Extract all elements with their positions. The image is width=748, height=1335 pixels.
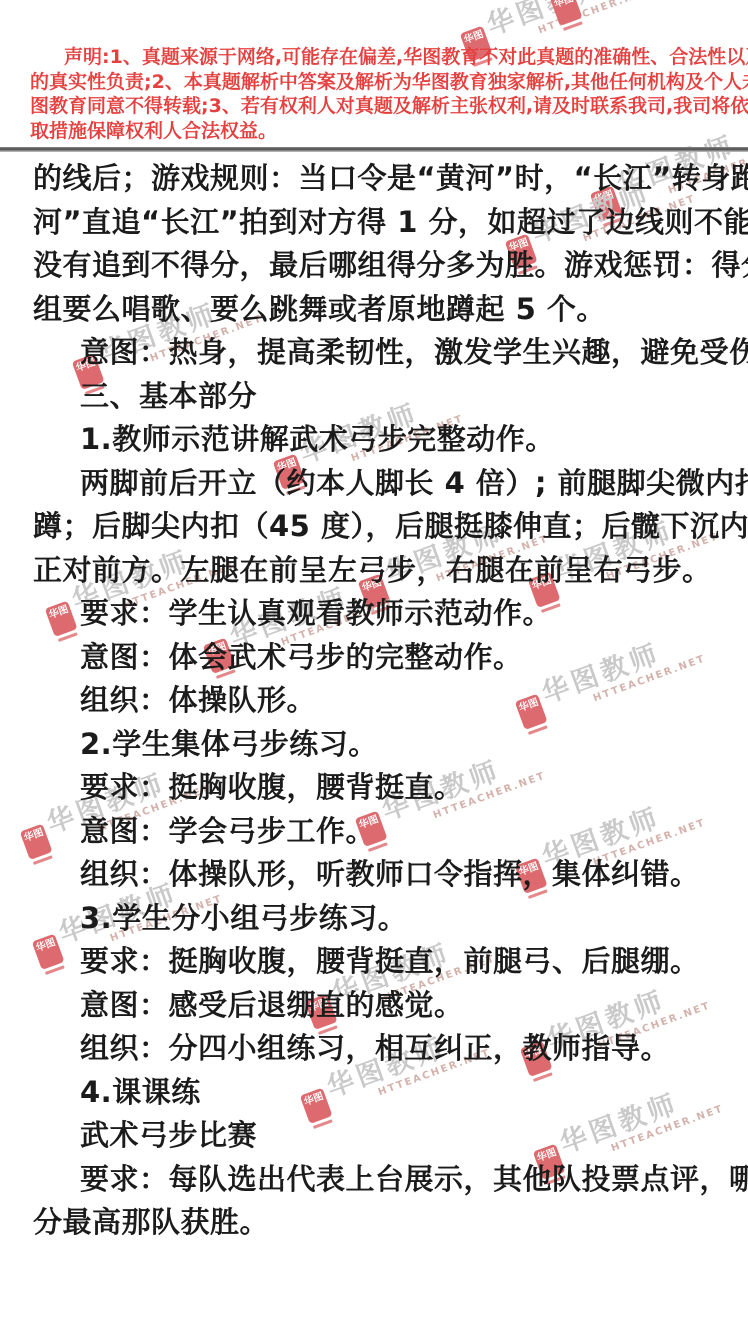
- body-line: 意图：学会弓步工作。: [33, 810, 714, 854]
- disclaimer-line: 声明:1、真题来源于网络,可能存在偏差,华图教育不对此真题的准确性、合法性以及内…: [30, 45, 718, 70]
- body-line: 组织：体操队形。: [33, 679, 714, 723]
- body-line: 4.课课练: [33, 1071, 714, 1115]
- body-line: 组织：体操队形，听教师口令指挥，集体纠错。: [33, 853, 714, 897]
- body-line: 意图：热身，提高柔韧性，激发学生兴趣，避免受伤。: [33, 331, 714, 375]
- disclaimer: 声明:1、真题来源于网络,可能存在偏差,华图教育不对此真题的准确性、合法性以及内…: [0, 0, 748, 143]
- disclaimer-text: 取措施保障权利人合法权益。: [30, 120, 277, 142]
- body-line: 2.学生集体弓步练习。: [33, 723, 714, 767]
- body-line: 正对前方。左腿在前呈左弓步，右腿在前呈右弓步。: [33, 549, 714, 593]
- disclaimer-text: 的真实性负责;2、本真题解析中答案及解析为华图教育独家解析,其他任何机构及个人未…: [30, 71, 748, 93]
- body-line: 要求：挺胸收腹，腰背挺直，前腿弓、后腿绷。: [33, 940, 714, 984]
- disclaimer-label: 声明:: [64, 46, 110, 68]
- disclaimer-line: 取措施保障权利人合法权益。: [30, 119, 718, 144]
- body-line: 河”直追“长江”拍到对方得 1 分，如超过了边线则不能记分。: [33, 201, 714, 245]
- body-line: 两脚前后开立（约本人脚长 4 倍）; 前腿脚尖微内扣，屈膝半: [33, 462, 714, 506]
- body-line: 分最高那队获胜。: [33, 1201, 714, 1245]
- body-line: 没有追到不得分，最后哪组得分多为胜。游戏惩罚：得分少的那: [33, 244, 714, 288]
- page-content: 声明:1、真题来源于网络,可能存在偏差,华图教育不对此真题的准确性、合法性以及内…: [0, 0, 748, 1245]
- body-line: 三、基本部分: [33, 375, 714, 419]
- disclaimer-text: 图教育同意不得转载;3、若有权利人对真题及解析主张权利,请及时联系我司,我司将依…: [30, 95, 748, 117]
- document-page: 华图华图教师HTTEACHER.NET华图华图教师HTTEACHER.NET华图…: [0, 0, 748, 1335]
- disclaimer-line: 的真实性负责;2、本真题解析中答案及解析为华图教育独家解析,其他任何机构及个人未…: [30, 70, 718, 95]
- body-line: 要求：挺胸收腹，腰背挺直。: [33, 766, 714, 810]
- body-line: 1.教师示范讲解武术弓步完整动作。: [33, 418, 714, 462]
- disclaimer-line: 图教育同意不得转载;3、若有权利人对真题及解析主张权利,请及时联系我司,我司将依…: [30, 94, 718, 119]
- body-line: 意图：感受后退绷直的感觉。: [33, 984, 714, 1028]
- body-line: 组要么唱歌、要么跳舞或者原地蹲起 5 个。: [33, 288, 714, 332]
- body-line: 武术弓步比赛: [33, 1114, 714, 1158]
- body-line: 的线后；游戏规则：当口令是“黄河”时，“长江”转身跑，“黄: [33, 157, 714, 201]
- body-line: 3.学生分小组弓步练习。: [33, 897, 714, 941]
- document-body: 的线后；游戏规则：当口令是“黄河”时，“长江”转身跑，“黄河”直追“长江”拍到对…: [0, 152, 748, 1245]
- body-line: 要求：每队选出代表上台展示，其他队投票点评，哪一队得: [33, 1158, 714, 1202]
- body-line: 意图：体会武术弓步的完整动作。: [33, 636, 714, 680]
- body-line: 蹲；后脚尖内扣（45 度），后腿挺膝伸直；后髋下沉内扣，上体: [33, 505, 714, 549]
- body-line: 组织：分四小组练习，相互纠正，教师指导。: [33, 1027, 714, 1071]
- body-line: 要求：学生认真观看教师示范动作。: [33, 592, 714, 636]
- disclaimer-text: 1、真题来源于网络,可能存在偏差,华图教育不对此真题的准确性、合法性以及内容: [110, 46, 748, 68]
